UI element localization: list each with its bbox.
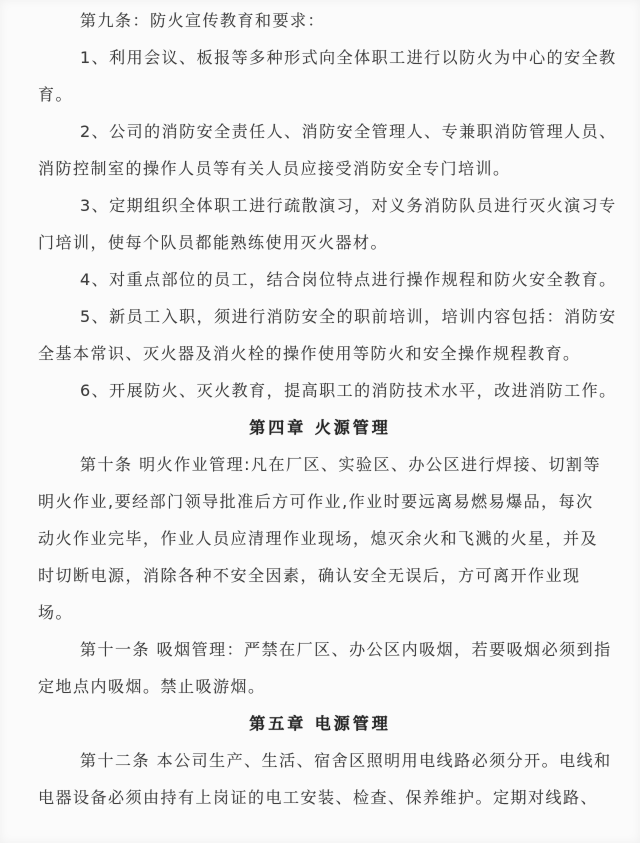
text-line: 消防控制室的操作人员等有关人员应接受消防安全专门培训。	[38, 150, 602, 187]
text-line: 1、利用会议、板报等多种形式向全体职工进行以防火为中心的安全教	[38, 39, 602, 76]
text-line: 动火作业完毕，作业人员应清理作业现场，熄灭余火和飞溅的火星，并及	[38, 520, 602, 557]
text-line: 第十条 明火作业管理:凡在厂区、实验区、办公区进行焊接、切割等	[38, 446, 602, 483]
chapter-heading: 第五章 电源管理	[38, 705, 602, 742]
text-line: 明火作业,要经部门领导批准后方可作业,作业时要远离易燃易爆品，每次	[38, 483, 602, 520]
text-line: 育。	[38, 76, 602, 113]
text-line: 第九条：防火宣传教育和要求：	[38, 2, 602, 39]
text-line: 5、新员工入职，须进行消防安全的职前培训，培训内容包括：消防安	[38, 298, 602, 335]
text-line: 场。	[38, 594, 602, 631]
text-line: 第十一条 吸烟管理：严禁在厂区、办公区内吸烟，若要吸烟必须到指	[38, 631, 602, 668]
text-line: 3、定期组织全体职工进行疏散演习，对义务消防队员进行灭火演习专	[38, 187, 602, 224]
document-page: 第九条：防火宣传教育和要求： 1、利用会议、板报等多种形式向全体职工进行以防火为…	[0, 0, 640, 843]
text-line: 6、开展防火、灭火教育，提高职工的消防技术水平，改进消防工作。	[38, 372, 602, 409]
text-line: 时切断电源，消除各种不安全因素，确认安全无误后，方可离开作业现	[38, 557, 602, 594]
text-line: 门培训，使每个队员都能熟练使用灭火器材。	[38, 224, 602, 261]
text-line: 全基本常识、灭火器及消火栓的操作使用等防火和安全操作规程教育。	[38, 335, 602, 372]
text-line: 电器设备必须由持有上岗证的电工安装、检查、保养维护。定期对线路、	[38, 779, 602, 816]
text-line: 定地点内吸烟。禁止吸游烟。	[38, 668, 602, 705]
text-line: 4、对重点部位的员工，结合岗位特点进行操作规程和防火安全教育。	[38, 261, 602, 298]
text-line: 2、公司的消防安全责任人、消防安全管理人、专兼职消防管理人员、	[38, 113, 602, 150]
text-line: 第十二条 本公司生产、生活、宿舍区照明用电线路必须分开。电线和	[38, 742, 602, 779]
chapter-heading: 第四章 火源管理	[38, 409, 602, 446]
